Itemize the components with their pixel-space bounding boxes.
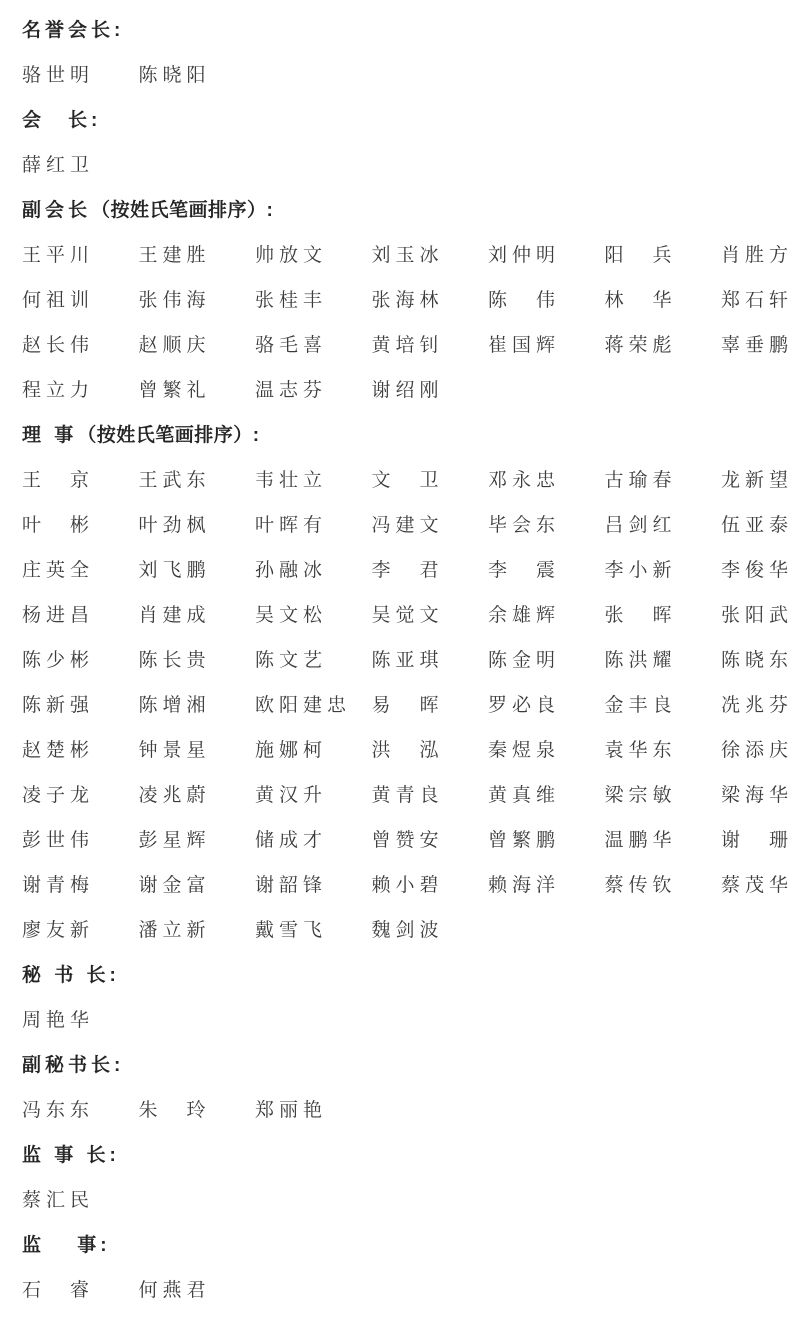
member-name: 杨进昌 <box>22 593 139 638</box>
name-row: 骆世明陈晓阳 <box>22 53 777 98</box>
section-title: 理 事（按姓氏笔画排序）: <box>22 413 777 458</box>
member-name: 曾繁礼 <box>139 368 256 413</box>
member-name: 袁华东 <box>605 728 722 773</box>
member-name: 王建胜 <box>139 233 256 278</box>
name-row: 彭世伟彭星辉储成才曾赞安曾繁鹏温鹏华谢 珊 <box>22 818 777 863</box>
member-name: 赵顺庆 <box>139 323 256 368</box>
name-row: 杨进昌肖建成吴文松吴觉文余雄辉张 晖张阳武 <box>22 593 777 638</box>
member-name: 骆世明 <box>22 53 139 98</box>
member-name: 叶 彬 <box>22 503 139 548</box>
member-name: 帅放文 <box>255 233 372 278</box>
member-name: 谢 珊 <box>721 818 799 863</box>
member-name: 郑石轩 <box>721 278 799 323</box>
member-name: 吴文松 <box>255 593 372 638</box>
name-row: 程立力曾繁礼温志芬谢绍刚 <box>22 368 777 413</box>
member-name: 何祖训 <box>22 278 139 323</box>
member-name: 文 卫 <box>372 458 489 503</box>
name-row: 陈新强陈增湘欧阳建忠易 晖罗必良金丰良冼兆芬 <box>22 683 777 728</box>
member-name: 储成才 <box>255 818 372 863</box>
member-name: 石 睿 <box>22 1268 139 1313</box>
member-name: 施娜柯 <box>255 728 372 773</box>
member-name: 肖胜方 <box>721 233 799 278</box>
member-name: 谢青梅 <box>22 863 139 908</box>
member-name: 赵楚彬 <box>22 728 139 773</box>
member-name: 韦壮立 <box>255 458 372 503</box>
member-name: 庄英全 <box>22 548 139 593</box>
member-name: 陈亚琪 <box>372 638 489 683</box>
member-name: 张阳武 <box>721 593 799 638</box>
member-name: 李 震 <box>488 548 605 593</box>
member-name: 魏剑波 <box>372 908 489 953</box>
member-name: 肖建成 <box>139 593 256 638</box>
member-name: 李俊华 <box>721 548 799 593</box>
section-title-note: （按姓氏笔画排序）: <box>77 425 259 446</box>
member-name: 骆毛喜 <box>255 323 372 368</box>
member-name: 陈新强 <box>22 683 139 728</box>
member-name: 曾繁鹏 <box>488 818 605 863</box>
member-name: 梁宗敏 <box>605 773 722 818</box>
section-title: 副会长（按姓氏笔画排序）: <box>22 188 777 233</box>
org-roster-document: 名誉会长:骆世明陈晓阳会 长:薛红卫副会长（按姓氏笔画排序）:王平川王建胜帅放文… <box>0 0 777 1313</box>
name-row: 廖友新潘立新戴雪飞魏剑波 <box>22 908 777 953</box>
member-name: 刘仲明 <box>488 233 605 278</box>
member-name: 吕剑红 <box>605 503 722 548</box>
member-name: 黄青良 <box>372 773 489 818</box>
member-name: 凌子龙 <box>22 773 139 818</box>
member-name: 陈增湘 <box>139 683 256 728</box>
member-name: 戴雪飞 <box>255 908 372 953</box>
member-name: 彭星辉 <box>139 818 256 863</box>
member-name: 温志芬 <box>255 368 372 413</box>
member-name: 易 晖 <box>372 683 489 728</box>
member-name: 谢绍刚 <box>372 368 489 413</box>
member-name: 陈少彬 <box>22 638 139 683</box>
member-name: 赵长伟 <box>22 323 139 368</box>
name-row: 王 京王武东韦壮立文 卫邓永忠古瑜春龙新望 <box>22 458 777 503</box>
member-name: 温鹏华 <box>605 818 722 863</box>
member-name: 蒋荣彪 <box>605 323 722 368</box>
member-name: 张海林 <box>372 278 489 323</box>
member-name: 赖海洋 <box>488 863 605 908</box>
member-name: 陈洪耀 <box>605 638 722 683</box>
member-name: 陈文艺 <box>255 638 372 683</box>
name-row: 蔡汇民 <box>22 1178 777 1223</box>
member-name: 徐添庆 <box>721 728 799 773</box>
member-name: 冯东东 <box>22 1088 139 1133</box>
name-row: 庄英全刘飞鹏孙融冰李 君李 震李小新李俊华 <box>22 548 777 593</box>
section-title-text: 秘 书 长: <box>22 965 120 986</box>
member-name: 李 君 <box>372 548 489 593</box>
section-title-text: 监 事 长: <box>22 1145 120 1166</box>
member-name: 黄培钊 <box>372 323 489 368</box>
member-name: 古瑜春 <box>605 458 722 503</box>
member-name: 廖友新 <box>22 908 139 953</box>
member-name: 余雄辉 <box>488 593 605 638</box>
section-title-note: （按姓氏笔画排序）: <box>91 200 273 221</box>
section-title-text: 副秘书长: <box>22 1055 124 1076</box>
member-name: 洪 泓 <box>372 728 489 773</box>
member-name: 孙融冰 <box>255 548 372 593</box>
section-title: 会 长: <box>22 98 777 143</box>
member-name: 叶晖有 <box>255 503 372 548</box>
member-name: 郑丽艳 <box>255 1088 372 1133</box>
member-name: 龙新望 <box>721 458 799 503</box>
member-name: 周艳华 <box>22 998 139 1043</box>
member-name: 王平川 <box>22 233 139 278</box>
member-name: 蔡茂华 <box>721 863 799 908</box>
name-row: 薛红卫 <box>22 143 777 188</box>
name-row: 赵长伟赵顺庆骆毛喜黄培钊崔国辉蒋荣彪辜垂鹏 <box>22 323 777 368</box>
section-title-text: 会 长: <box>22 110 101 131</box>
section-title-text: 理 事 <box>22 425 77 446</box>
member-name: 彭世伟 <box>22 818 139 863</box>
section-title: 秘 书 长: <box>22 953 777 998</box>
member-name: 赖小碧 <box>372 863 489 908</box>
member-name: 梁海华 <box>721 773 799 818</box>
member-name: 李小新 <box>605 548 722 593</box>
section-title: 监 事 长: <box>22 1133 777 1178</box>
member-name: 谢韶锋 <box>255 863 372 908</box>
member-name: 张桂丰 <box>255 278 372 323</box>
name-row: 王平川王建胜帅放文刘玉冰刘仲明阳 兵肖胜方 <box>22 233 777 278</box>
name-row: 冯东东朱 玲郑丽艳 <box>22 1088 777 1133</box>
member-name: 林 华 <box>605 278 722 323</box>
name-row: 叶 彬叶劲枫叶晖有冯建文毕会东吕剑红伍亚泰 <box>22 503 777 548</box>
name-row: 赵楚彬钟景星施娜柯洪 泓秦煜泉袁华东徐添庆 <box>22 728 777 773</box>
member-name: 薛红卫 <box>22 143 139 188</box>
member-name: 谢金富 <box>139 863 256 908</box>
member-name: 王 京 <box>22 458 139 503</box>
member-name: 金丰良 <box>605 683 722 728</box>
member-name: 王武东 <box>139 458 256 503</box>
name-row: 周艳华 <box>22 998 777 1043</box>
member-name: 辜垂鹏 <box>721 323 799 368</box>
member-name: 张伟海 <box>139 278 256 323</box>
member-name: 蔡传钦 <box>605 863 722 908</box>
member-name: 张 晖 <box>605 593 722 638</box>
member-name: 伍亚泰 <box>721 503 799 548</box>
section-title-text: 名誉会长: <box>22 20 124 41</box>
member-name: 阳 兵 <box>605 233 722 278</box>
name-row: 陈少彬陈长贵陈文艺陈亚琪陈金明陈洪耀陈晓东 <box>22 638 777 683</box>
section-title-text: 副会长 <box>22 200 91 221</box>
member-name: 凌兆蔚 <box>139 773 256 818</box>
section-title: 监 事: <box>22 1223 777 1268</box>
member-name: 刘玉冰 <box>372 233 489 278</box>
member-name: 钟景星 <box>139 728 256 773</box>
member-name: 毕会东 <box>488 503 605 548</box>
member-name: 陈长贵 <box>139 638 256 683</box>
member-name: 程立力 <box>22 368 139 413</box>
member-name: 秦煜泉 <box>488 728 605 773</box>
member-name: 潘立新 <box>139 908 256 953</box>
member-name: 吴觉文 <box>372 593 489 638</box>
member-name: 黄汉升 <box>255 773 372 818</box>
member-name: 蔡汇民 <box>22 1178 139 1223</box>
member-name: 黄真维 <box>488 773 605 818</box>
member-name: 陈金明 <box>488 638 605 683</box>
member-name: 崔国辉 <box>488 323 605 368</box>
member-name: 冼兆芬 <box>721 683 799 728</box>
member-name: 曾赞安 <box>372 818 489 863</box>
section-title: 名誉会长: <box>22 8 777 53</box>
member-name: 罗必良 <box>488 683 605 728</box>
member-name: 陈晓东 <box>721 638 799 683</box>
member-name: 邓永忠 <box>488 458 605 503</box>
member-name: 刘飞鹏 <box>139 548 256 593</box>
member-name: 欧阳建忠 <box>255 683 372 728</box>
name-row: 何祖训张伟海张桂丰张海林陈 伟林 华郑石轩 <box>22 278 777 323</box>
name-row: 凌子龙凌兆蔚黄汉升黄青良黄真维梁宗敏梁海华 <box>22 773 777 818</box>
member-name: 陈晓阳 <box>139 53 256 98</box>
member-name: 朱 玲 <box>139 1088 256 1133</box>
section-title: 副秘书长: <box>22 1043 777 1088</box>
section-title-text: 监 事: <box>22 1235 111 1256</box>
member-name: 何燕君 <box>139 1268 256 1313</box>
name-row: 石 睿何燕君 <box>22 1268 777 1313</box>
name-row: 谢青梅谢金富谢韶锋赖小碧赖海洋蔡传钦蔡茂华 <box>22 863 777 908</box>
member-name: 冯建文 <box>372 503 489 548</box>
member-name: 陈 伟 <box>488 278 605 323</box>
member-name: 叶劲枫 <box>139 503 256 548</box>
